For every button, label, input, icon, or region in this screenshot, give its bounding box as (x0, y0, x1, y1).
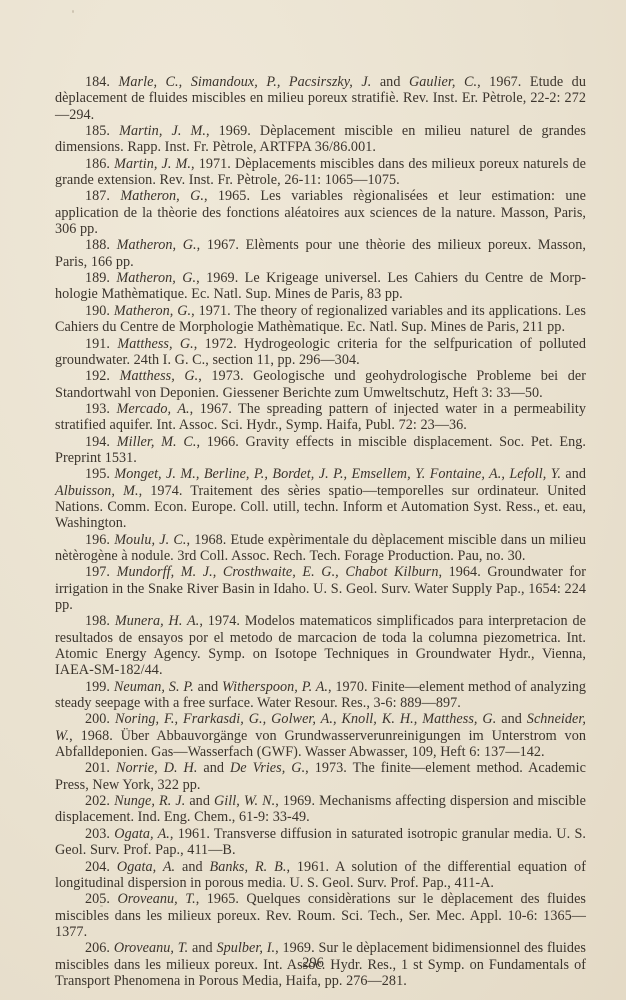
reference-authors: Oroveanu, T. (114, 940, 188, 956)
reference-authors: Oroveanu, T. (118, 891, 196, 907)
reference-number: 197. (85, 564, 110, 580)
reference-entry: 189. Matheron, G., 1969. Le Krigeage uni… (55, 270, 586, 303)
reference-entry: 185. Martin, J. M., 1969. Dèplacement mi… (55, 123, 586, 156)
reference-entry: 186. Martin, J. M., 1971. Dèplacements m… (55, 156, 586, 189)
reference-authors: Matheron, G. (114, 303, 191, 319)
reference-connector: and (197, 760, 230, 776)
reference-number: 194. (85, 434, 110, 450)
reference-authors: Miller, M. C. (117, 434, 197, 450)
reference-number: 205. (85, 891, 110, 907)
reference-entry: 205. Oroveanu, T., 1965. Quelques consid… (55, 891, 586, 940)
page-number: 296 (0, 955, 626, 972)
reference-entry: 190. Matheron, G., 1971. The theory of r… (55, 303, 586, 336)
reference-entry: 198. Munera, H. A., 1974. Modelos matema… (55, 613, 586, 678)
reference-entry: 197. Mundorff, M. J., Crosthwaite, E. G.… (55, 564, 586, 613)
reference-connector: and (188, 940, 216, 956)
reference-authors: Martin, J. M. (114, 156, 191, 172)
reference-entry: 194. Miller, M. C., 1966. Gravity effect… (55, 434, 586, 467)
reference-entry: 192. Matthess, G., 1973. Geologische und… (55, 368, 586, 401)
reference-number: 186. (85, 156, 110, 172)
reference-number: 199. (85, 679, 110, 695)
reference-authors-secondary: Gaulier, C. (409, 74, 477, 90)
reference-authors-secondary: Albuisson, M. (55, 483, 139, 499)
reference-number: 198. (85, 613, 110, 629)
reference-authors-secondary: De Vries, G. (230, 760, 305, 776)
reference-authors: Ogata, A. (117, 859, 175, 875)
reference-connector: and (561, 466, 586, 482)
reference-number: 188. (85, 237, 110, 253)
reference-authors: Mercado, A. (116, 401, 189, 417)
reference-entry: 202. Nunge, R. J. and Gill, W. N., 1969.… (55, 793, 586, 826)
reference-authors: Monget, J. M., Berline, P., Bordet, J. P… (114, 466, 561, 482)
reference-authors-secondary: Gill, W. N. (214, 793, 275, 809)
reference-connector: and (175, 859, 209, 875)
reference-authors: Matthess, G. (117, 336, 193, 352)
reference-authors-secondary: Spulber, I. (216, 940, 275, 956)
reference-authors-secondary: Banks, R. B. (210, 859, 287, 875)
reference-authors: Ogata, A. (114, 826, 170, 842)
reference-authors: Noring, F., Frarkasdi, G., Golwer, A., K… (115, 711, 496, 727)
reference-number: 201. (85, 760, 110, 776)
reference-authors: Norrie, D. H. (116, 760, 197, 776)
reference-entry: 196. Moulu, J. C., 1968. Etude expèrimen… (55, 532, 586, 565)
reference-entry: 204. Ogata, A. and Banks, R. B., 1961. A… (55, 859, 586, 892)
reference-authors: Marle, C., Simandoux, P., Pacsirszky, J. (119, 74, 372, 90)
reference-number: 202. (85, 793, 110, 809)
reference-connector: and (371, 74, 409, 90)
reference-entry: 188. Matheron, G., 1967. Elèments pour u… (55, 237, 586, 270)
reference-details: , 1968. Über Abbauvorgänge von Grundwass… (55, 728, 586, 760)
reference-number: 184. (85, 74, 110, 90)
reference-number: 203. (85, 826, 110, 842)
reference-authors-secondary: Witherspoon, P. A. (222, 679, 328, 695)
reference-entry: 187. Matheron, G., 1965. Les variables r… (55, 188, 586, 237)
reference-authors: Matheron, G. (120, 188, 204, 204)
reference-number: 196. (85, 532, 110, 548)
reference-number: 191. (85, 336, 110, 352)
reference-connector: and (185, 793, 214, 809)
reference-number: 190. (85, 303, 110, 319)
reference-connector: and (194, 679, 222, 695)
reference-authors: Moulu, J. C. (114, 532, 186, 548)
reference-number: 200. (85, 711, 110, 727)
reference-authors: Martin, J. M. (119, 123, 206, 139)
paper-speck (72, 10, 74, 13)
reference-entry: 191. Matthess, G., 1972. Hydrogeologic c… (55, 336, 586, 369)
reference-authors: Neuman, S. P. (114, 679, 194, 695)
reference-entry: 193. Mercado, A., 1967. The spreading pa… (55, 401, 586, 434)
reference-authors: Matheron, G. (117, 237, 197, 253)
reference-authors: Mundorff, M. J., Crosthwaite, E. G., Cha… (117, 564, 439, 580)
reference-number: 187. (85, 188, 110, 204)
reference-authors: Nunge, R. J. (114, 793, 185, 809)
reference-authors: Matthess, G. (120, 368, 199, 384)
reference-number: 192. (85, 368, 110, 384)
reference-number: 206. (85, 940, 110, 956)
reference-authors: Matheron, G. (116, 270, 196, 286)
reference-entry: 201. Norrie, D. H. and De Vries, G., 197… (55, 760, 586, 793)
reference-entry: 184. Marle, C., Simandoux, P., Pacsirszk… (55, 74, 586, 123)
reference-entry: 200. Noring, F., Frarkasdi, G., Golwer, … (55, 711, 586, 760)
reference-authors: Munera, H. A. (115, 613, 199, 629)
reference-connector: and (496, 711, 526, 727)
reference-entry: 199. Neuman, S. P. and Witherspoon, P. A… (55, 679, 586, 712)
reference-entry: 203. Ogata, A., 1961. Transverse diffusi… (55, 826, 586, 859)
reference-entry: 195. Monget, J. M., Berline, P., Bordet,… (55, 466, 586, 531)
reference-number: 195. (85, 466, 110, 482)
reference-number: 193. (85, 401, 110, 417)
reference-number: 204. (85, 859, 110, 875)
reference-list: 184. Marle, C., Simandoux, P., Pacsirszk… (55, 74, 586, 989)
reference-number: 189. (85, 270, 110, 286)
reference-number: 185. (85, 123, 110, 139)
